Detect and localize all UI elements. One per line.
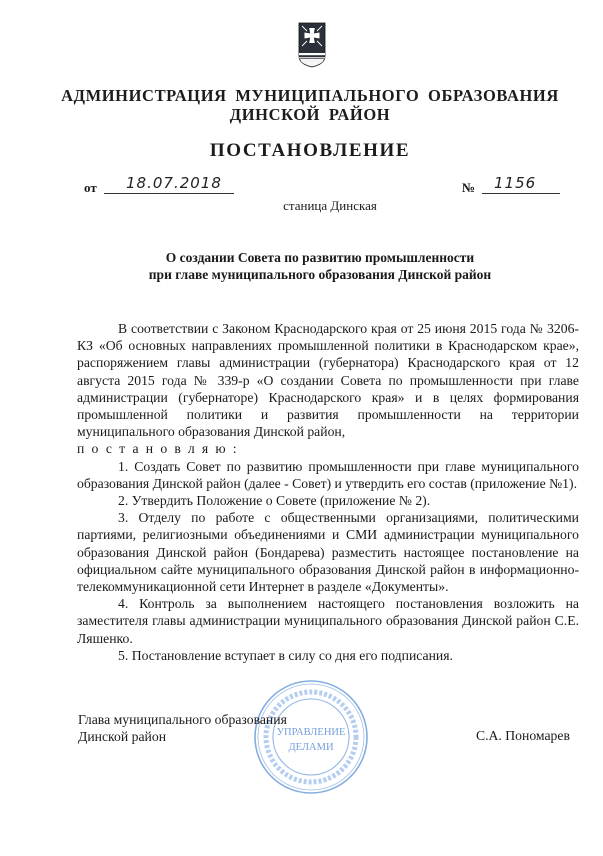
decree-item-2: 2. Утвердить Положение о Совете (приложе… <box>77 492 579 509</box>
org-title-line-2: ДИНСКОЙ РАЙОН <box>60 105 560 124</box>
number-label: № <box>462 180 475 196</box>
decree-item-1: 1. Создать Совет по развитию промышленно… <box>77 458 579 492</box>
preamble-paragraph: В соответствии с Законом Краснодарского … <box>77 320 579 440</box>
document-type-heading: ПОСТАНОВЛЕНИЕ <box>60 140 560 162</box>
date-value: 18.07.2018 <box>104 174 234 194</box>
decree-item-3: 3. Отделу по работе с общественными орга… <box>77 509 579 595</box>
coat-of-arms-icon <box>298 22 326 68</box>
date-label: от <box>84 180 97 196</box>
place-of-issue: станица Динская <box>60 198 600 214</box>
document-subject: О создании Совета по развитию промышленн… <box>100 249 540 283</box>
org-title-line-1: АДМИНИСТРАЦИЯ МУНИЦИПАЛЬНОГО ОБРАЗОВАНИЯ <box>60 86 560 105</box>
decree-word: постановляю: <box>77 440 579 457</box>
document-body: В соответствии с Законом Краснодарского … <box>77 320 579 664</box>
svg-text:ДЕЛАМИ: ДЕЛАМИ <box>288 742 333 753</box>
signatory-position-line-1: Глава муниципального образования <box>78 711 287 728</box>
document-page: АДМИНИСТРАЦИЯ МУНИЦИПАЛЬНОГО ОБРАЗОВАНИЯ… <box>0 0 603 856</box>
decree-item-5: 5. Постановление вступает в силу со дня … <box>77 647 579 664</box>
organization-title: АДМИНИСТРАЦИЯ МУНИЦИПАЛЬНОГО ОБРАЗОВАНИЯ… <box>60 86 560 124</box>
number-value: 1156 <box>482 174 560 194</box>
subject-line-1: О создании Совета по развитию промышленн… <box>100 249 540 266</box>
signatory-name: С.А. Пономарев <box>476 728 570 744</box>
signatory-position: Глава муниципального образования Динской… <box>78 711 287 745</box>
signatory-position-line-2: Динской район <box>78 728 287 745</box>
svg-text:УПРАВЛЕНИЕ: УПРАВЛЕНИЕ <box>277 727 346 738</box>
decree-item-4: 4. Контроль за выполнением настоящего по… <box>77 595 579 647</box>
subject-line-2: при главе муниципального образования Дин… <box>100 266 540 283</box>
